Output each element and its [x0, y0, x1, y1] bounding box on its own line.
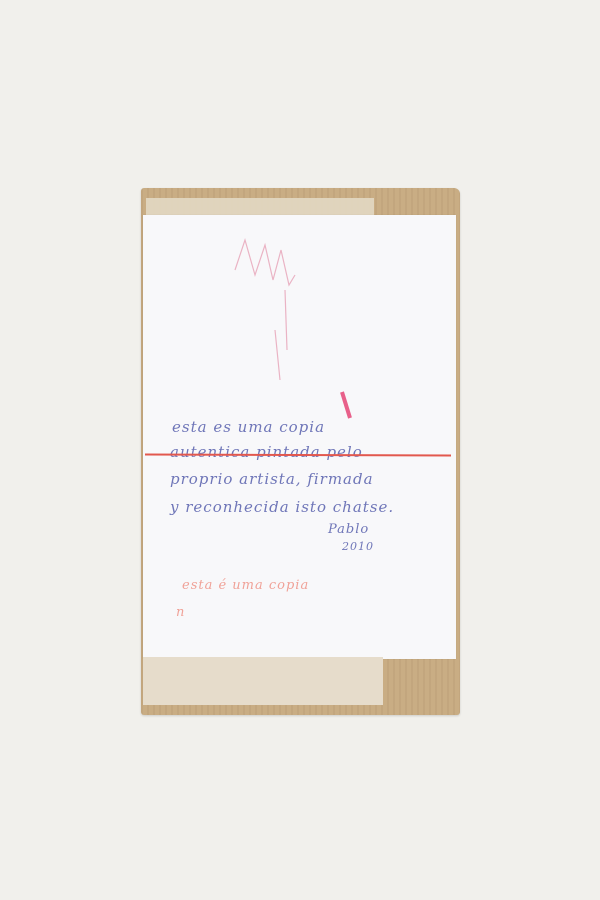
handwritten-line-1: esta es uma copia: [172, 418, 325, 436]
pink-handwritten-line-2: n: [176, 605, 185, 620]
handwritten-line-3: proprio artista, firmada: [170, 470, 374, 488]
handwritten-line-2: autentica pintada pelo: [170, 443, 363, 461]
signature: Pablo: [328, 522, 369, 537]
pink-scribble-drawing: [215, 230, 335, 380]
signature-year: 2010: [342, 540, 374, 553]
pink-mark: [340, 390, 352, 420]
tape-bottom: [143, 657, 383, 705]
pink-handwritten-line-1: esta é uma copia: [182, 578, 309, 593]
handwritten-line-4: y reconhecida isto chatse.: [170, 498, 394, 516]
